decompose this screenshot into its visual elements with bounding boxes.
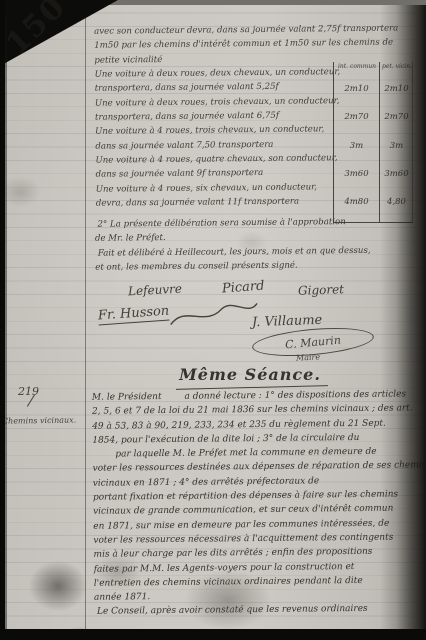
- signature-2: Picard: [222, 279, 265, 297]
- signature-5: J. Villaume: [252, 313, 323, 330]
- table-cell: 4m80: [334, 197, 379, 207]
- table-header-commun: int. commun: [336, 63, 378, 70]
- scanned-register-page: avec son conducteur devra, dans sa journ…: [0, 0, 426, 640]
- signature-1: Lefeuvre: [128, 282, 183, 299]
- margin-subject-label: Chemins vicinaux.: [2, 415, 88, 425]
- margin-rule-line: [85, 0, 86, 640]
- binding-shadow: [380, 0, 426, 640]
- margin-entry-number: 219: [18, 385, 39, 398]
- table-cell: 3m60: [334, 169, 379, 179]
- scan-edge-left-shadow: [5, 14, 7, 640]
- signature-6: C. Maurin: [285, 333, 342, 351]
- mayor-title: Maire: [296, 352, 321, 362]
- table-cell: 3m: [334, 141, 379, 151]
- session-paragraph: M. le Président a donné lecture : 1° des…: [92, 387, 426, 619]
- signature-3: Gigoret: [298, 282, 344, 298]
- table-cell: 2m70: [334, 112, 379, 122]
- scan-edge-bottom: [0, 629, 426, 640]
- closing-paragraph: 2° La présente délibération sera soumise…: [95, 214, 418, 275]
- section-heading: Même Séance.: [140, 365, 360, 384]
- table-cell: 2m10: [334, 84, 379, 94]
